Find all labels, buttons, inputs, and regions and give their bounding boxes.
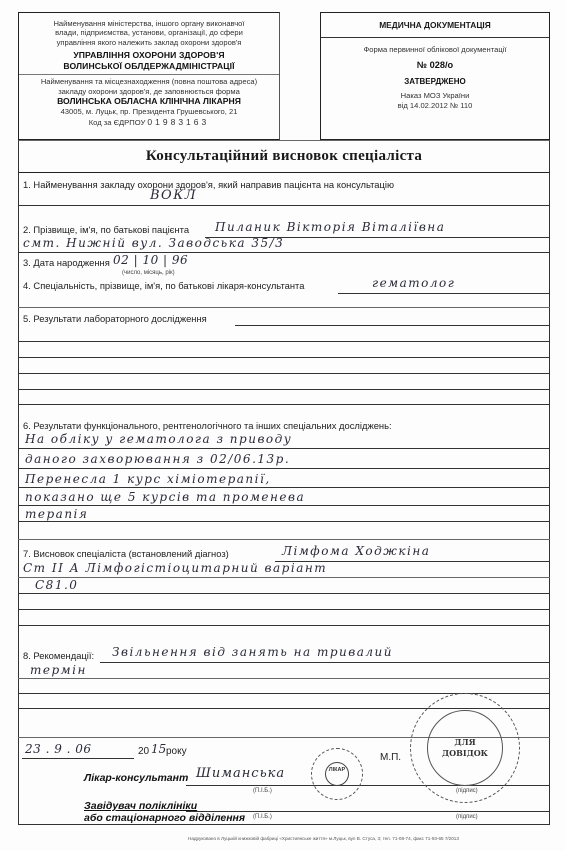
field-1-label: 1. Найменування закладу охорони здоров'я… (23, 179, 394, 190)
field-2-value-line-1[interactable]: Пиланик Вікторія Віталіївна (215, 220, 445, 234)
field-8-line-1[interactable]: Звільнення від занять на тривалий (112, 645, 393, 659)
divider (19, 74, 279, 75)
form-number: № 028/о (321, 60, 549, 70)
field-6-line-1[interactable]: На обліку у гематолога з приводу (25, 432, 292, 446)
field-6-label: 6. Результати функціонального, рентгенол… (23, 420, 392, 431)
date-of-birth-caption: (число, місяць, рік) (122, 270, 175, 276)
field-6-rule-4 (18, 505, 550, 506)
field-2-value-line-2[interactable]: смт. Нижній вул. Заводська 35/3 (23, 236, 284, 250)
field-5-line-3 (18, 357, 550, 358)
field-1-underline (18, 205, 550, 206)
doctor-stamp-inner-ring (325, 762, 349, 786)
form-caption: Форма первинної облікової документації (321, 45, 549, 55)
field-5-label: 5. Результати лабораторного дослідження (23, 313, 207, 324)
field-7-rule-2 (18, 577, 550, 578)
field-4-underline-2 (18, 307, 550, 308)
head-label-line-2: або стаціонарного відділення (84, 812, 245, 824)
field-4-value[interactable]: гематолог (372, 276, 455, 290)
facility-caption: Найменування та місцезнаходження (повна … (19, 77, 279, 96)
field-8-rule-2 (18, 678, 550, 679)
year-suffix: року (166, 746, 187, 757)
field-5-underline (235, 325, 550, 326)
institution-header-box: Найменування міністерства, іншого органу… (18, 12, 280, 140)
field-6-rule-2 (18, 468, 550, 469)
field-7-line-2[interactable]: Ст II А Лімфогістіоцитарний варіант (23, 561, 327, 575)
year-value[interactable]: 15 (151, 742, 166, 756)
doctor-stamp-text: ЛІКАР (325, 767, 349, 774)
field-6-line-3[interactable]: Перенесла 1 курс хіміотерапії, (25, 472, 271, 486)
approved-label: ЗАТВЕРДЖЕНО (321, 77, 549, 87)
field-6-rule-1 (18, 448, 550, 449)
field-2-label: 2. Прізвище, ім'я, по батькові пацієнта (23, 224, 189, 235)
form-info-box: МЕДИЧНА ДОКУМЕНТАЦІЯ Форма первинної обл… (320, 12, 550, 140)
field-6-rule-5 (18, 521, 550, 522)
field-6-rule-3 (18, 487, 550, 488)
field-6-rule-6 (18, 539, 550, 540)
form-title: Консультаційний висновок спеціаліста (19, 141, 549, 173)
field-6-line-2[interactable]: даного захворювання з 02/06.13р. (25, 452, 290, 466)
facility-address: 43005, м. Луцьк, пр. Президента Грушевсь… (19, 107, 279, 116)
medical-documentation-title: МЕДИЧНА ДОКУМЕНТАЦІЯ (321, 13, 549, 38)
order-line-1: Наказ МОЗ України (321, 91, 549, 101)
date-underline (22, 758, 134, 759)
field-5-line-5 (18, 389, 550, 390)
consultant-pib-caption: (П.І.Б.) (253, 788, 272, 794)
field-7-rule-5 (18, 625, 550, 626)
field-8-rule-1 (100, 662, 550, 663)
field-6-line-5[interactable]: терапія (25, 507, 88, 521)
ministry-caption: Найменування міністерства, іншого органу… (19, 13, 279, 47)
ministry-name: УПРАВЛІННЯ ОХОРОНИ ЗДОРОВ'Я ВОЛИНСЬКОЇ О… (19, 50, 279, 71)
consultant-signature[interactable]: Шиманська (196, 766, 285, 781)
print-footer: Надруковано в Луцькій книжковій фабриці … (188, 836, 459, 841)
field-8-line-2[interactable]: термін (30, 663, 87, 677)
round-stamp-text: ДЛЯ ДОВІДОК (433, 737, 497, 759)
seal-place-label: М.П. (380, 752, 401, 763)
field-3-label: 3. Дата народження (23, 257, 110, 268)
head-signature-caption: (підпис) (456, 814, 478, 820)
field-4-underline (338, 293, 550, 294)
date-of-birth-value[interactable]: 02 | 10 | 96 (113, 253, 188, 267)
field-7-line-1[interactable]: Лімфома Ходжкіна (282, 544, 430, 558)
medical-form-page: Найменування міністерства, іншого органу… (0, 0, 566, 851)
field-8-label: 8. Рекомендації: (23, 650, 94, 661)
field-2-underline-2 (18, 252, 550, 253)
field-5-line-2 (18, 341, 550, 342)
head-pib-caption: (П.І.Б.) (253, 814, 272, 820)
field-1-value[interactable]: ВОКЛ (150, 188, 197, 203)
year-prefix: 20 (138, 746, 149, 757)
head-label-line-1: Завідувач поліклініки (84, 800, 197, 812)
field-4-label: 4. Спеціальність, прізвище, ім'я, по бат… (23, 280, 304, 291)
edrpou-code: Код за ЄДРПОУ 01983163 (19, 118, 279, 127)
field-5-line-6 (18, 404, 550, 405)
order-line-2: від 14.02.2012 № 110 (321, 101, 549, 111)
consultation-date-value[interactable]: 23 . 9 . 06 (25, 742, 92, 756)
facility-name: ВОЛИНСЬКА ОБЛАСНА КЛІНІЧНА ЛІКАРНЯ (19, 96, 279, 107)
field-7-line-3[interactable]: С81.0 (35, 578, 78, 592)
field-7-label: 7. Висновок спеціаліста (встановлений ді… (23, 548, 229, 559)
head-underline (186, 811, 550, 812)
field-5-line-4 (18, 373, 550, 374)
field-7-rule-4 (18, 609, 550, 610)
consultant-label: Лікар-консультант (84, 772, 188, 784)
field-6-line-4[interactable]: показано ще 5 курсів та променева (25, 490, 305, 504)
field-7-rule-3 (18, 593, 550, 594)
